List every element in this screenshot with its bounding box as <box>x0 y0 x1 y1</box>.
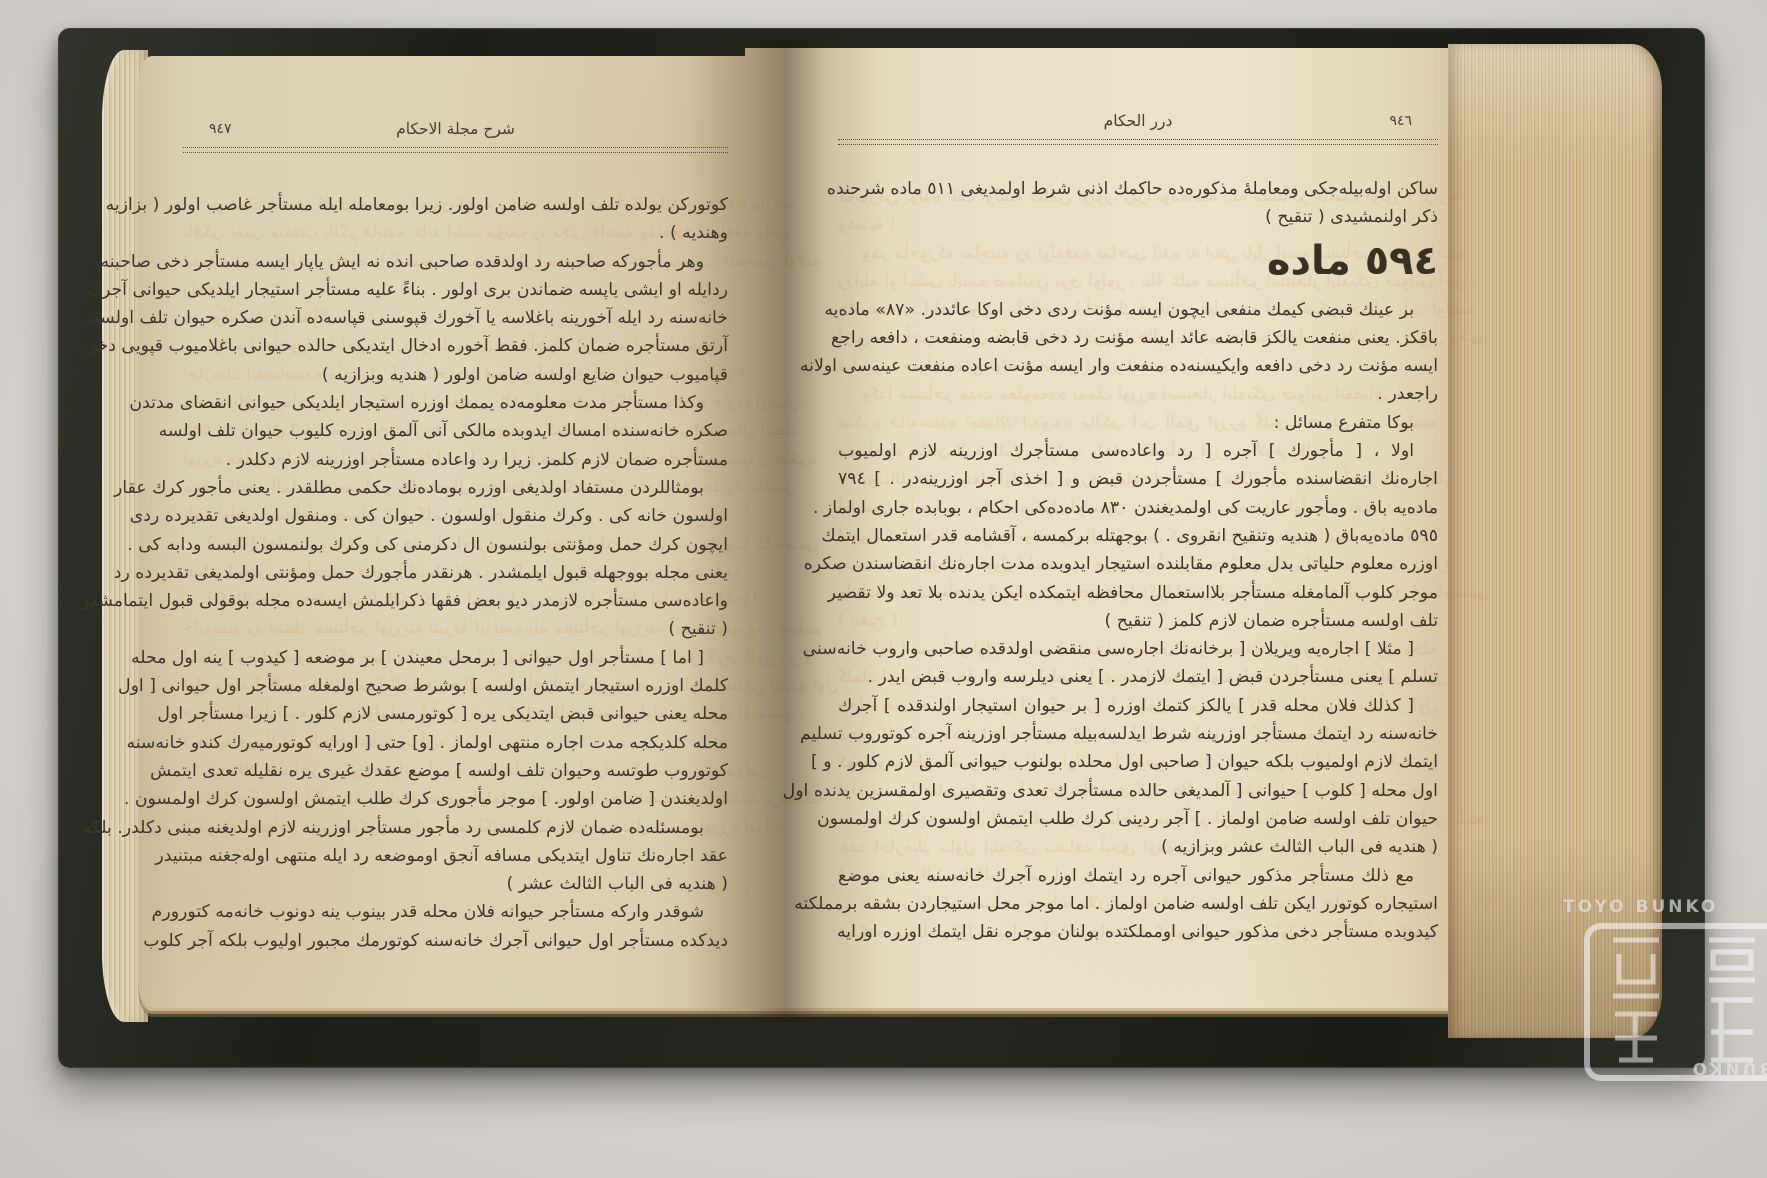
text-line: بوكا متفرع مسائل : <box>838 409 1438 437</box>
text-line: بر عينك قبضى كيمك منفعى ايچون ايسه مؤنت … <box>838 296 1438 324</box>
text-line: واعاده‌سى مستأجره لازمدر ديو بعض فقها ذك… <box>183 587 728 615</box>
text-line: شوقدر واركه مستأجر حيوانه فلان محله قدر … <box>183 898 728 926</box>
text-line: محله يعنى حيوانى قبض ايتديكى يره [ كوتور… <box>183 700 728 728</box>
article-594-heading: ٥٩٤ ماده <box>838 234 1438 292</box>
text-line: محله كلديكجه مدت اجاره منتهى اولماز . [و… <box>183 729 728 757</box>
text-line: كوتوروب طوتسه وحيوان تلف اولسه ] موضع عق… <box>183 757 728 785</box>
text-line: راجعدر . <box>838 380 1438 408</box>
text-line: ٥٩٥ ماده‌يه‌باق ( هنديه وتنقيح انقروى . … <box>838 522 1438 550</box>
left-running-title: شرح مجلة الاحكام <box>396 120 515 138</box>
text-line: بومثاللردن مستفاد اولديغى اوزره بوماده‌ن… <box>183 474 728 502</box>
text-line: خانه‌سنه رد ايله آخورينه باغلاسه يا آخور… <box>183 304 728 332</box>
right-running-title: درر الحكام <box>1104 112 1173 130</box>
text-line: اوزره معلوم حلياتى بدل معلوم مقابلنده اس… <box>838 550 1438 578</box>
text-line: ايتمك لازم اولميوب بلكه حيوان [ صاحبى او… <box>838 748 1438 776</box>
text-line: تسلم ] يعنى مستأجردن قبض [ ايتمك لازمدر … <box>838 663 1438 691</box>
text-line: ايسه مؤنت رد دخى دافعه وايكيسنه‌ده منفعت… <box>838 352 1438 380</box>
text-line: اولديغندن [ ضامن اولور. ] موجر مأجورى كر… <box>183 785 728 813</box>
right-page-body: بر عينك قبضى كيمك منفعى ايچون ايسه مؤنت … <box>838 296 1438 947</box>
text-line: [ اما ] مستأجر اول حيوانى [ برمحل معيندن… <box>183 644 728 672</box>
text-line: اول محله [ كلوب ] حيوانى [ آلمديغى حالده… <box>838 777 1438 805</box>
text-line: آرتق مستأجره ضمان كلمز. فقط آخوره ادخال … <box>183 332 728 360</box>
text-line: موجر كلوب آلمامغله مستأجر بلااستعمال محا… <box>838 579 1438 607</box>
text-line: وهر مأجوركه صاحبنه رد اولدقده صاحبى انده… <box>183 248 728 276</box>
text-line: ايچون كرك حمل ومؤنتى بولنسون ال دكرمنى ك… <box>183 531 728 559</box>
text-line: تلف اولسه مستأجره ضمان لازم كلمز ( تنقيح… <box>838 607 1438 635</box>
text-line: كيدوبده مستأجر دخى مذكور حيوانى اومملكتد… <box>838 918 1438 946</box>
left-page-header: ٩٤٧ شرح مجلة الاحكام <box>183 120 728 144</box>
text-line: صكره خانه‌سنده امساك ايدوبده مالكى آنى آ… <box>183 417 728 445</box>
text-line: وهنديه ) . <box>183 219 728 247</box>
right-page-header: درر الحكام ٩٤٦ <box>838 112 1438 136</box>
fore-edge-page-stack <box>1448 44 1662 1038</box>
text-line: قپاميوب حيوان ضايع اولسه ضامن اولور ( هن… <box>183 361 728 389</box>
photo-of-open-book: { "book": { "title_context": "Ottoman Tu… <box>0 0 1767 1178</box>
text-line: عقد اجاره‌نك تناول ايتديكى مسافه آنجق او… <box>183 842 728 870</box>
text-line: باقكز. يعنى منفعت يالكز قابضه عائد ايسه … <box>838 324 1438 352</box>
text-line: كلمك اوزره استيجار ايتمش اولسه ] بوشرط ص… <box>183 672 728 700</box>
header-rule <box>838 139 1438 145</box>
text-line: حيوان تلف اولسه ضامن اولماز . ] آجر ردين… <box>838 805 1438 833</box>
text-line: ( هنديه فى الباب الثالث عشر ) <box>183 870 728 898</box>
right-page-textblock: درر الحكام ٩٤٦ ساكن اوله‌بيله‌جكى ومعامل… <box>838 112 1438 946</box>
text-line: ( تنقيح ) <box>183 615 728 643</box>
text-line: اولا ، [ مأجورك ] آجره [ رد واعاده‌سى مس… <box>838 437 1438 465</box>
text-line: استيجاره كوتورر ايكن تلف اولسه ضامن اولم… <box>838 890 1438 918</box>
text-line: ساكن اوله‌بيله‌جكى ومعاملهٔ مذكوره‌ده حا… <box>838 175 1438 203</box>
text-line: اولسون خانه كى . وكرك منقول اولسون . حيو… <box>183 502 728 530</box>
text-line: مع ذلك مستأجر مذكور حيوانى آجره رد ايتمك… <box>838 862 1438 890</box>
text-line: اجاره‌نك انقضاسنده مأجورك ] مستأجردن قبض… <box>838 465 1438 493</box>
text-line: بومسئله‌ده ضمان لازم كلمسى رد مأجور مستأ… <box>183 814 728 842</box>
header-rule <box>183 147 728 153</box>
right-page-number: ٩٤٦ <box>1389 113 1412 129</box>
text-line: خانه‌سنه رد ايتمك مستأجر اوزرينه شرط ايد… <box>838 720 1438 748</box>
text-line: وكذا مستأجر مدت معلومه‌ده يممك اوزره است… <box>183 389 728 417</box>
text-line: ماده‌يه باق . ومأجور عاريت كى اولمديغندن… <box>838 494 1438 522</box>
left-page-number: ٩٤٧ <box>209 121 232 137</box>
text-line: ردايله او ايشى ياپسه ضماندن برى اولور . … <box>183 276 728 304</box>
left-page-body: كوتوركن يولده تلف اولسه ضامن اولور. زيرا… <box>183 191 728 955</box>
text-line: مستأجره ضمان لازم كلمز. زيرا رد واعاده م… <box>183 446 728 474</box>
text-line: ديدكده مستأجر اول حيوانى آجرك خانه‌سنه ك… <box>183 927 728 955</box>
right-page-intro: ساكن اوله‌بيله‌جكى ومعاملهٔ مذكوره‌ده حا… <box>838 175 1438 232</box>
text-line: ( هنديه فى الباب الثالث عشر وبزازيه ) <box>838 833 1438 861</box>
left-page-textblock: ٩٤٧ شرح مجلة الاحكام كوتوركن يولده تلف ا… <box>183 120 728 955</box>
text-line: يعنى مجله بووجهله قبول ايلمشدر . هرنقدر … <box>183 559 728 587</box>
text-line: [ مثلا ] اجاره‌يه ويريلان [ برخانه‌نك اج… <box>838 635 1438 663</box>
text-line: ذكر اولنمشيدى ( تنقيح ) <box>838 203 1438 231</box>
text-line: كوتوركن يولده تلف اولسه ضامن اولور. زيرا… <box>183 191 728 219</box>
text-line: [ كذلك فلان محله قدر ] يالكز كتمك اوزره … <box>838 692 1438 720</box>
